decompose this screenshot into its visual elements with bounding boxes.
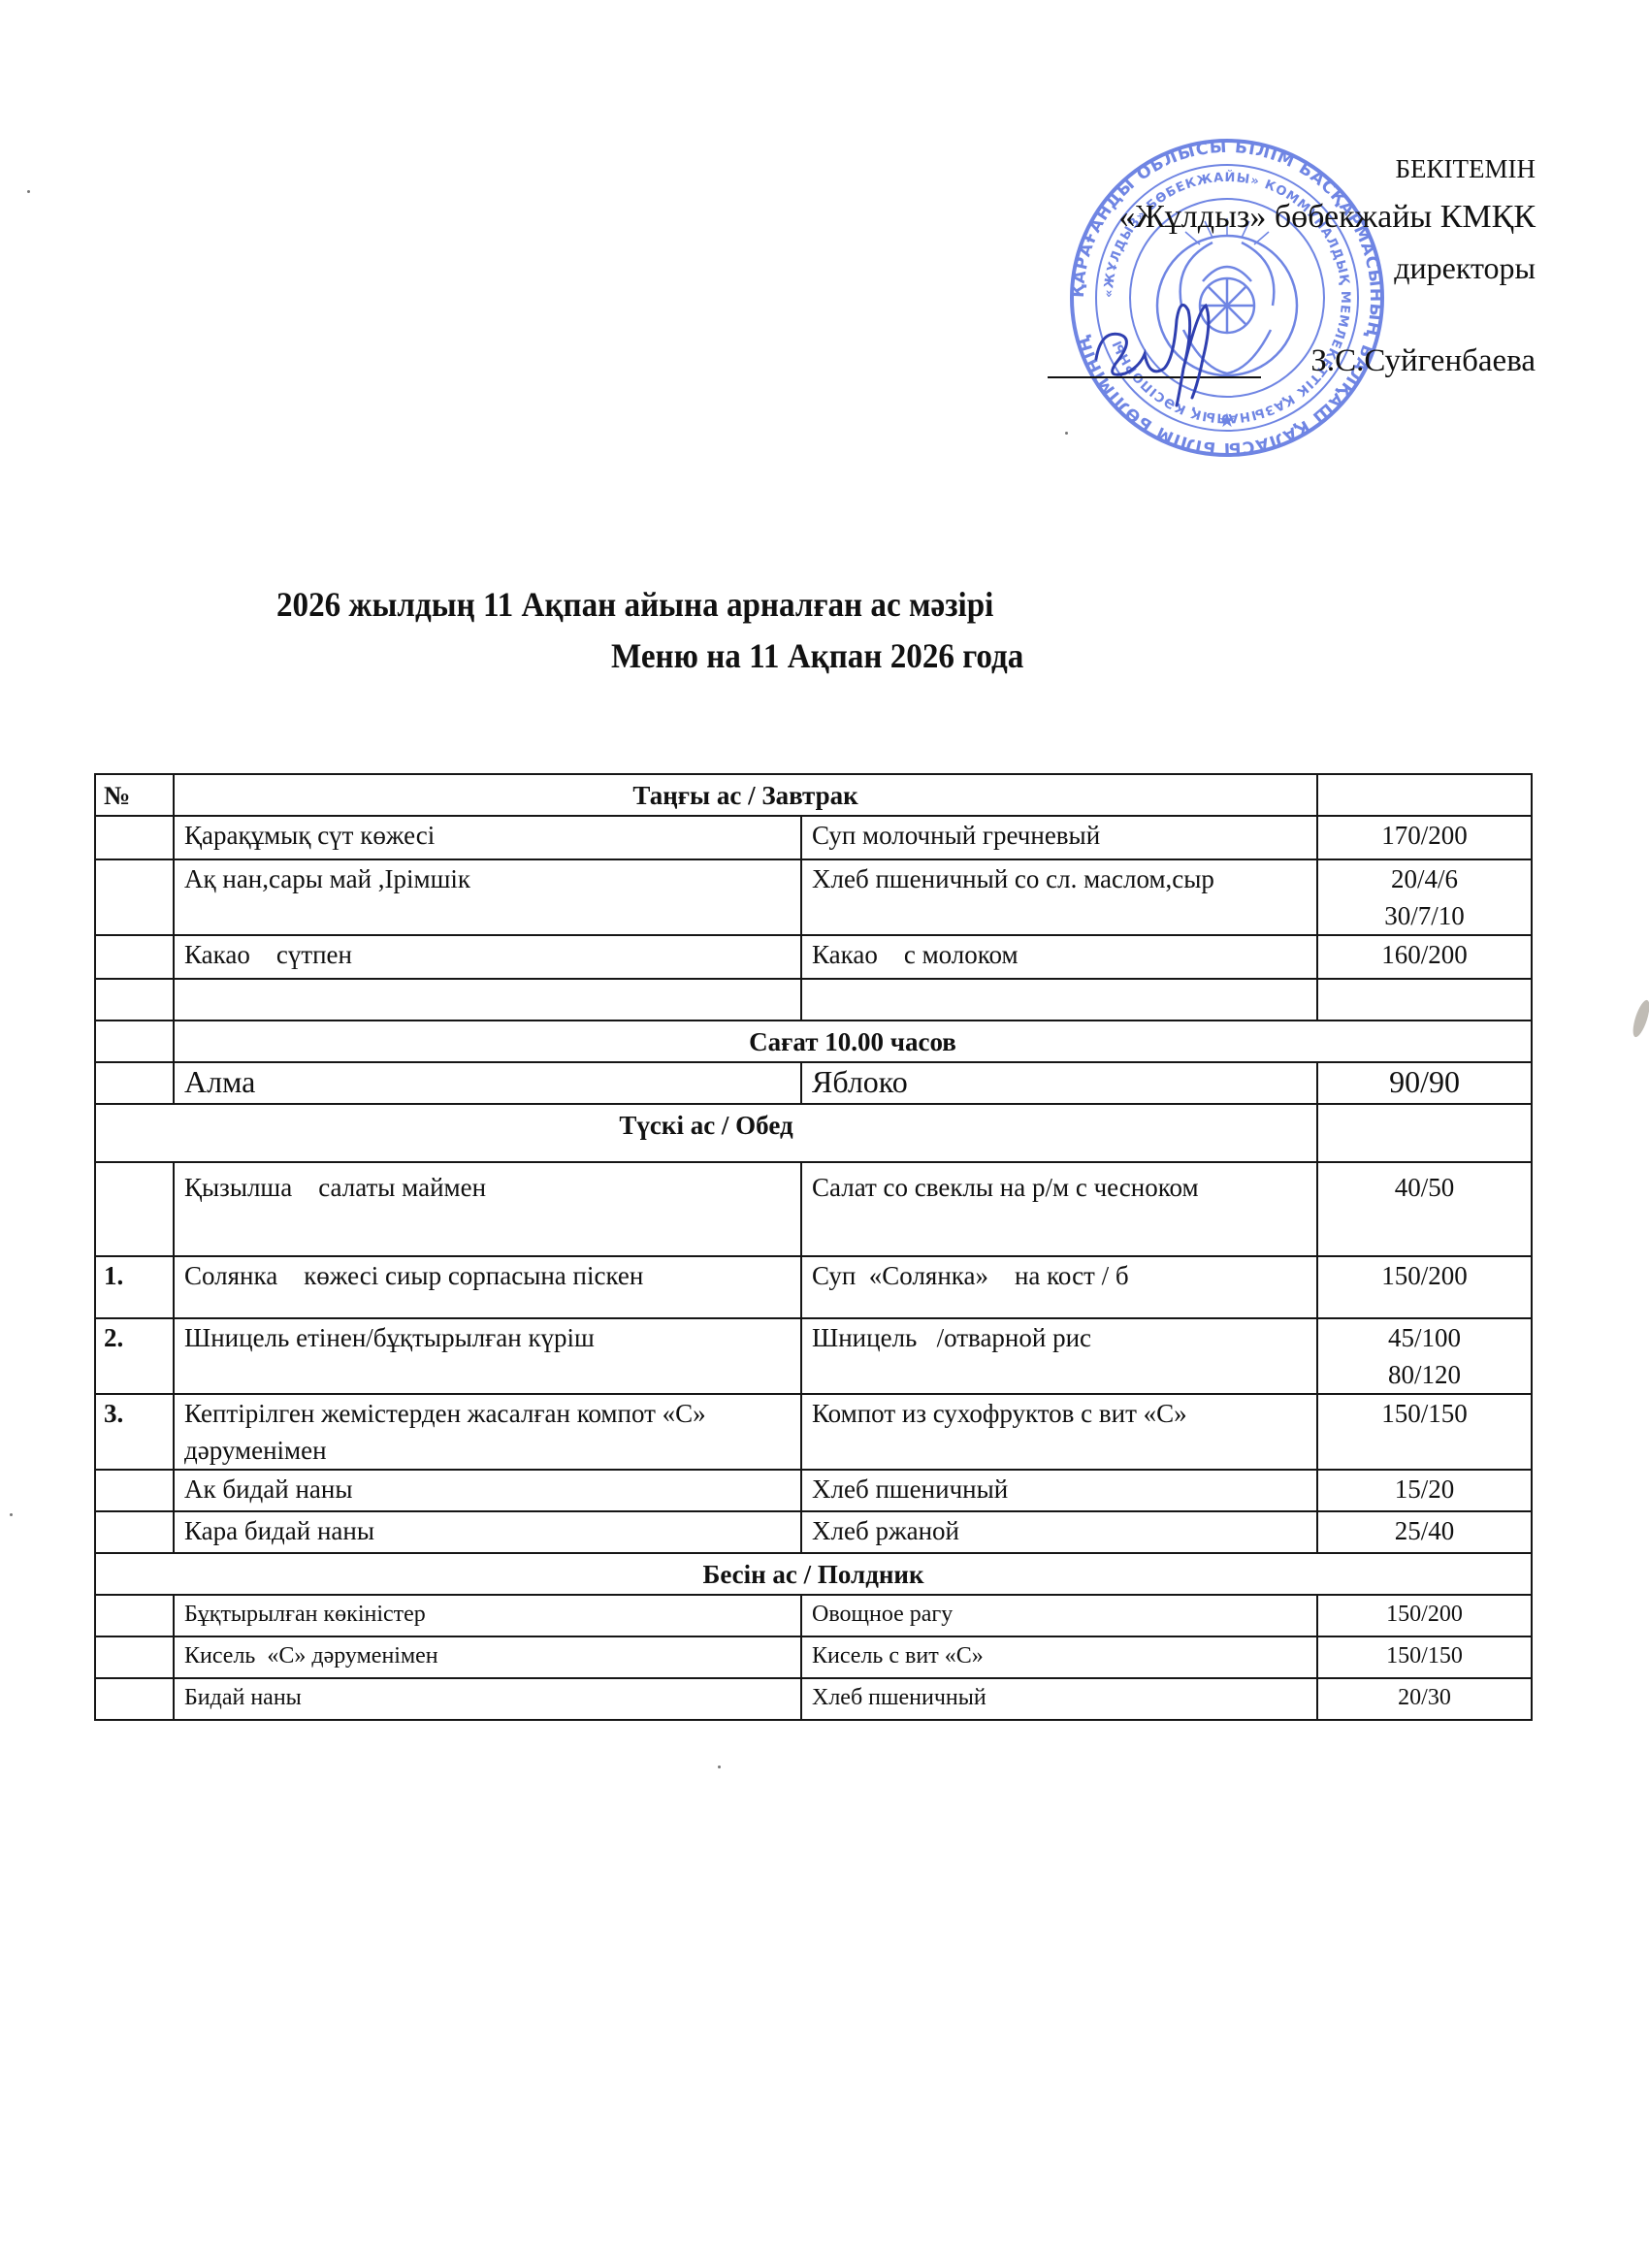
dish-name-kz: Ақ нан,сары май ,Ірімшік xyxy=(174,859,801,935)
table-row: Кара бидай наны Хлеб ржаной 25/40 xyxy=(95,1511,1532,1553)
dish-name-kz: Алма xyxy=(174,1062,801,1104)
table-row: 2. Шницель етінен/бұқтырылған күріш Шниц… xyxy=(95,1318,1532,1394)
dish-name-ru xyxy=(801,979,1317,1021)
scan-speck xyxy=(27,190,30,193)
quantity-line-2: 30/7/10 xyxy=(1328,897,1521,934)
section-header-lunch: Түскі ас / Обед xyxy=(95,1104,1532,1162)
dish-quantity: 170/200 xyxy=(1317,816,1532,859)
scan-speck xyxy=(718,1766,721,1768)
row-number: 3. xyxy=(95,1394,174,1470)
scan-smudge xyxy=(1630,998,1649,1039)
quantity-line-2: 80/120 xyxy=(1328,1356,1521,1393)
dish-name-kz: Солянка көжесі сиыр сорпасына піскен xyxy=(174,1256,801,1318)
table-row: 1. Солянка көжесі сиыр сорпасына піскен … xyxy=(95,1256,1532,1318)
row-number: 1. xyxy=(95,1256,174,1318)
dish-name-kz: Қызылша салаты маймен xyxy=(174,1162,801,1256)
afternoon-header: Бесін ас / Полдник xyxy=(95,1553,1532,1595)
dish-name-ru: Хлеб пшеничный xyxy=(801,1470,1317,1511)
approval-position: директоры xyxy=(1118,243,1536,293)
dish-name-kz: Кисель «С» дәруменімен xyxy=(174,1636,801,1678)
menu-title-kazakh: 2026 жылдың 11 Ақпан айына арналған ас м… xyxy=(276,584,993,625)
row-number xyxy=(95,935,174,979)
table-row: 3. Кептірілген жемістерден жасалған комп… xyxy=(95,1394,1532,1470)
dish-name-ru: Салат со свеклы на р/м с чесноком xyxy=(801,1162,1317,1256)
row-number xyxy=(95,1062,174,1104)
dish-name-kz: Қарақұмық сүт көжесі xyxy=(174,816,801,859)
section-header-afternoon: Бесін ас / Полдник xyxy=(95,1553,1532,1595)
dish-quantity: 20/4/6 30/7/10 xyxy=(1317,859,1532,935)
table-row: Ақ нан,сары май ,Ірімшік Хлеб пшеничный … xyxy=(95,859,1532,935)
dish-name-kz: Кептірілген жемістерден жасалған компот … xyxy=(174,1394,801,1470)
dish-name-ru: Суп «Солянка» на кост / б xyxy=(801,1256,1317,1318)
row-number xyxy=(95,1678,174,1720)
dish-name-ru: Суп молочный гречневый xyxy=(801,816,1317,859)
row-number xyxy=(95,1470,174,1511)
dish-name-kz: Какао сүтпен xyxy=(174,935,801,979)
dish-name-ru: Хлеб пшеничный xyxy=(801,1678,1317,1720)
dish-quantity: 150/200 xyxy=(1317,1256,1532,1318)
row-number xyxy=(95,1162,174,1256)
dish-name-kz xyxy=(174,979,801,1021)
row-number xyxy=(95,1636,174,1678)
svg-text:★: ★ xyxy=(1218,410,1236,432)
breakfast-header: Таңғы ас / Завтрак xyxy=(174,774,1317,816)
dish-name-ru: Хлеб пшеничный со сл. маслом,сыр xyxy=(801,859,1317,935)
row-number: 2. xyxy=(95,1318,174,1394)
dish-name-ru: Хлеб ржаной xyxy=(801,1511,1317,1553)
dish-name-ru: Какао с молоком xyxy=(801,935,1317,979)
row-number xyxy=(95,1511,174,1553)
table-row: Қызылша салаты маймен Салат со свеклы на… xyxy=(95,1162,1532,1256)
dish-name-ru: Кисель с вит «С» xyxy=(801,1636,1317,1678)
dish-name-ru: Овощное рагу xyxy=(801,1595,1317,1636)
row-number xyxy=(95,859,174,935)
table-row: Ак бидай наны Хлеб пшеничный 15/20 xyxy=(95,1470,1532,1511)
scan-speck xyxy=(10,1513,13,1516)
table-row: Алма Яблоко 90/90 xyxy=(95,1062,1532,1104)
dish-quantity: 150/200 xyxy=(1317,1595,1532,1636)
dish-name-kz: Кара бидай наны xyxy=(174,1511,801,1553)
dish-quantity: 15/20 xyxy=(1317,1470,1532,1511)
dish-name-ru: Компот из сухофруктов с вит «С» xyxy=(801,1394,1317,1470)
table-row: Бұқтырылған көкіністер Овощное рагу 150/… xyxy=(95,1595,1532,1636)
dish-name-ru: Яблоко xyxy=(801,1062,1317,1104)
quantity-line-1: 45/100 xyxy=(1328,1319,1521,1356)
approval-organization: «Жұлдыз» бөбекжайы КМҚК xyxy=(1118,192,1536,243)
menu-title-russian: Меню на 11 Ақпан 2026 года xyxy=(611,635,1023,676)
dish-quantity: 40/50 xyxy=(1317,1162,1532,1256)
dish-name-ru: Шницель /отварной рис xyxy=(801,1318,1317,1394)
row-number xyxy=(95,979,174,1021)
dish-quantity: 45/100 80/120 xyxy=(1317,1318,1532,1394)
row-number xyxy=(95,1595,174,1636)
row-number xyxy=(95,1021,174,1062)
lunch-header: Түскі ас / Обед xyxy=(95,1104,1317,1162)
director-signature-icon xyxy=(1091,291,1237,407)
section-header-breakfast: № Таңғы ас / Завтрак xyxy=(95,774,1532,816)
quantity-line-1: 20/4/6 xyxy=(1328,860,1521,897)
dish-name-kz: Шницель етінен/бұқтырылған күріш xyxy=(174,1318,801,1394)
table-row-empty xyxy=(95,979,1532,1021)
row-number xyxy=(95,816,174,859)
dish-quantity: 150/150 xyxy=(1317,1636,1532,1678)
approval-heading: БЕКІТЕМІН xyxy=(1118,144,1536,194)
dish-quantity: 150/150 xyxy=(1317,1394,1532,1470)
dish-quantity xyxy=(1317,979,1532,1021)
snack-header: Сағат 10.00 часов xyxy=(174,1021,1532,1062)
dish-quantity: 160/200 xyxy=(1317,935,1532,979)
dish-name-kz: Бидай наны xyxy=(174,1678,801,1720)
table-row: Какао сүтпен Какао с молоком 160/200 xyxy=(95,935,1532,979)
menu-table: № Таңғы ас / Завтрак Қарақұмық сүт көжес… xyxy=(94,773,1533,1721)
dish-quantity: 90/90 xyxy=(1317,1062,1532,1104)
table-row: Кисель «С» дәруменімен Кисель с вит «С» … xyxy=(95,1636,1532,1678)
table-row: Бидай наны Хлеб пшеничный 20/30 xyxy=(95,1678,1532,1720)
dish-name-kz: Бұқтырылған көкіністер xyxy=(174,1595,801,1636)
qty-header-cell xyxy=(1317,1104,1532,1162)
section-header-snack: Сағат 10.00 часов xyxy=(95,1021,1532,1062)
dish-name-kz: Ак бидай наны xyxy=(174,1470,801,1511)
dish-quantity: 25/40 xyxy=(1317,1511,1532,1553)
dish-quantity: 20/30 xyxy=(1317,1678,1532,1720)
number-column-header: № xyxy=(95,774,174,816)
qty-header-cell xyxy=(1317,774,1532,816)
table-row: Қарақұмық сүт көжесі Суп молочный гречне… xyxy=(95,816,1532,859)
